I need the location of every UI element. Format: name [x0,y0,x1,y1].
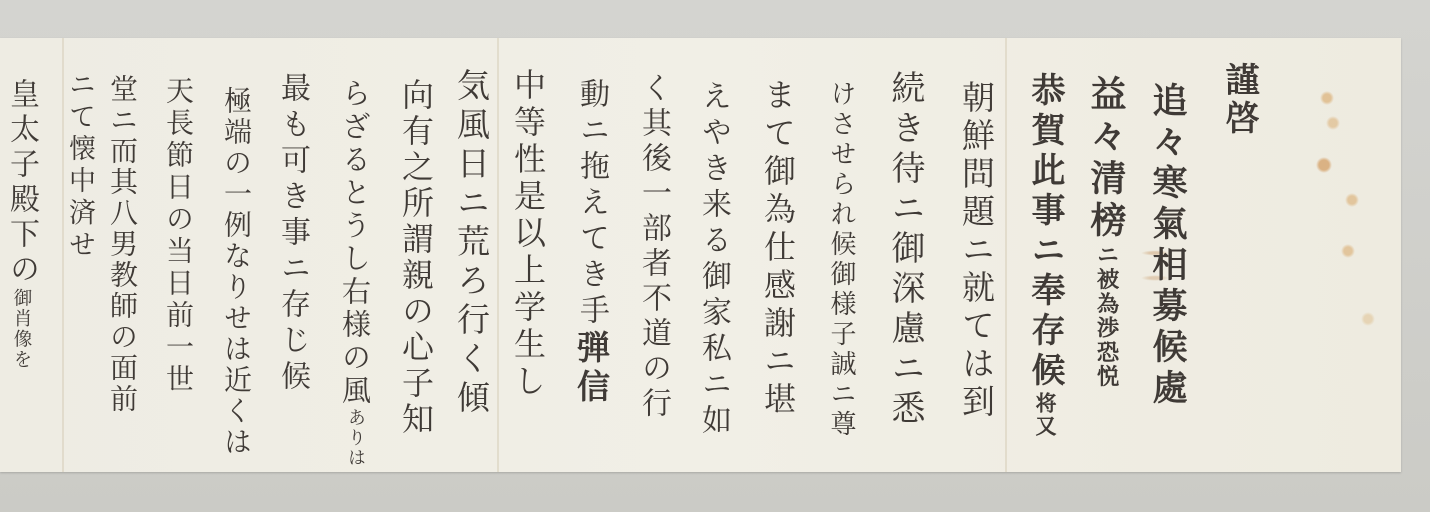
column-text: 中等性是以上学生し [509,68,547,401]
letter-column-12: 中等性是以上学生し [512,68,544,401]
letter-column-6: 続き待ニ御深慮ニ悉 [888,70,922,430]
column-text: 気風日ニ荒ろ行く傾 [452,68,491,419]
letter-column-15: らざるとうし右様の風ありは [340,78,369,468]
column-text: まて御為仕感謝ニ堪 [759,78,797,420]
column-annotation: ありは [345,408,366,468]
letter-column-21: 皇太子殿下の御肖像を [6,78,36,370]
column-text: らざるとうし右様の風 [338,78,372,408]
paper-fold-line [497,38,499,472]
letter-column-16: 最も可き事ニ存じ候 [277,72,307,396]
column-annotation: 弾信 [572,330,611,408]
column-text: 謹啓 [1219,62,1259,138]
column-text: 朝鮮問題ニ就ては到 [957,80,996,422]
letter-column-19: 堂ニ而其八男教師の面前 [108,74,136,415]
column-annotation: 尊 [826,410,856,440]
letter-column-3: 益々清榜ニ被為渉恐悦 [1088,75,1124,389]
column-text: 益々清榜 [1085,75,1127,243]
letter-column-8: まて御為仕感謝ニ堪 [762,78,794,420]
column-text: 向有之所謂親の心子知 [397,78,435,438]
column-text: けさせられ候御様子誠ニ [826,80,856,410]
paper-fold-line [1005,38,1007,472]
column-text: 動ニ拖えてき手 [574,78,609,330]
letter-column-18: 天長節日の当日前一世 [164,76,192,396]
column-text: 恭賀此事ニ奉存候 [1025,72,1065,392]
column-text: 追々寒氣相募候處 [1147,82,1188,410]
column-annotation: ニ被為渉恐悦 [1093,243,1119,389]
letter-column-10: く其後一部者不道の行 [638,72,668,422]
column-text: 皇太子殿下の [4,78,39,288]
column-text: ニて懐中済せ [64,70,95,262]
column-text: 最も可き事ニ存じ候 [275,72,310,396]
letter-column-5: 朝鮮問題ニ就ては到 [960,80,993,422]
column-text: く其後一部者不道の [636,72,671,387]
letter-column-1: 謹啓 [1222,62,1256,138]
column-text: 極端の一例なりせは近くは [220,86,253,458]
column-text: 天長節日の当日前一世 [162,76,195,396]
letter-column-11: 動ニ拖えてき手弾信 [575,78,608,408]
column-annotation: 行 [636,387,671,422]
letter-column-14: 向有之所謂親の心子知 [400,78,432,438]
column-text: 続き待ニ御深慮ニ悉 [885,70,925,430]
column-annotation: 将又 [1033,392,1058,438]
letter-column-2: 追々寒氣相募候處 [1150,82,1185,410]
letter-column-17: 極端の一例なりせは近くは [222,86,250,458]
column-annotation: 御肖像を [11,288,32,370]
letter-column-4: 恭賀此事ニ奉存候将又 [1028,72,1062,438]
letter-column-20: ニて懐中済せ [66,70,93,262]
letter-column-7: けさせられ候御様子誠ニ尊 [828,80,854,440]
letter-column-9: えやき来る御家私ニ如 [698,80,728,440]
column-text: 堂ニ而其八男教師の面前 [106,74,139,415]
letter-column-13: 気風日ニ荒ろ行く傾 [455,68,488,419]
column-text: えやき来る御家私ニ如 [696,80,731,440]
